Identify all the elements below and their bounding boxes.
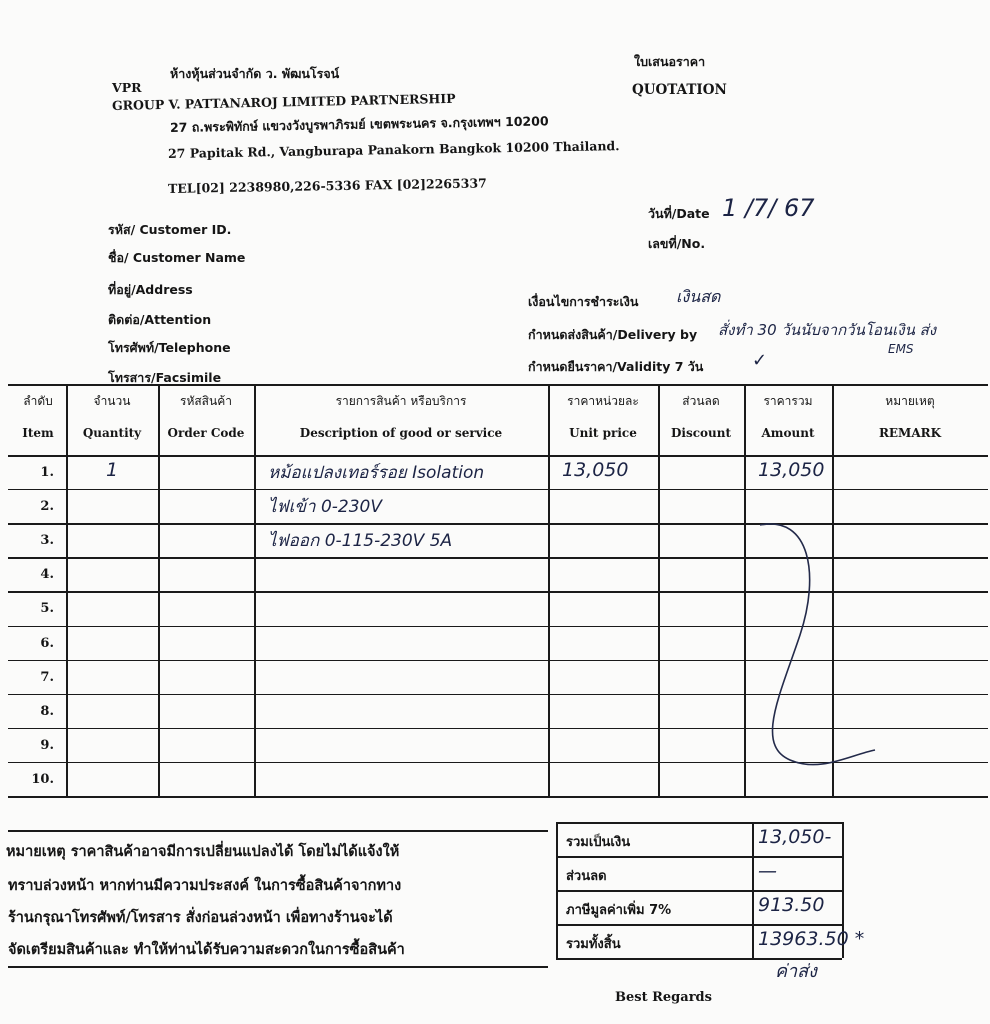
column-header-thai: จำนวน — [66, 392, 158, 411]
customer-field-label: รหัส/ Customer ID. — [108, 220, 231, 240]
row-number: 8. — [14, 704, 54, 719]
doc-title-en: QUOTATION — [632, 82, 727, 98]
summary-rule — [556, 856, 842, 858]
company-address-en: 27 Papitak Rd., Vangburapa Panakorn Bang… — [168, 138, 620, 161]
validity-check-icon: ✓ — [752, 350, 767, 371]
summary-value[interactable]: — — [758, 860, 777, 882]
column-header-en: Description of good or service — [254, 426, 548, 440]
customer-field-label: ติดต่อ/Attention — [108, 310, 211, 330]
column-header-thai: ส่วนลด — [658, 392, 744, 411]
row-number: 5. — [14, 601, 54, 616]
cell-amount[interactable]: 13,050 — [758, 459, 832, 481]
footer-note-line: ร้านกรุณาโทรศัพท์/โทรสาร สั่งก่อนล่วงหน้… — [8, 906, 393, 929]
customer-field-label: ที่อยู่/Address — [108, 280, 193, 300]
summary-rule — [556, 890, 842, 892]
signature-note: ค่าส่ง — [775, 956, 817, 985]
summary-label: ส่วนลด — [566, 865, 607, 886]
payment-terms-label: เงื่อนไขการชำระเงิน — [528, 292, 638, 312]
column-header-thai: หมายเหตุ — [832, 392, 988, 411]
column-header-en: Order Code — [158, 426, 254, 440]
cell-unit[interactable]: 13,050 — [562, 459, 658, 481]
delivery-label: กำหนดส่งสินค้า/Delivery by — [528, 325, 697, 345]
summary-col-rule — [556, 822, 558, 958]
validity-label: กำหนดยืนราคา/Validity 7 วัน — [528, 357, 703, 377]
row-number: 10. — [14, 772, 54, 787]
delivery-note: EMS — [888, 342, 914, 356]
company-name-en: GROUP V. PATTANAROJ LIMITED PARTNERSHIP — [112, 91, 456, 113]
company-address-thai: 27 ถ.พระพิทักษ์ แขวงวังบูรพาภิรมย์ เขตพร… — [170, 111, 549, 138]
footer-note-line: หมายเหตุ ราคาสินค้าอาจมีการเปลี่ยนแปลงได… — [6, 840, 399, 863]
summary-rule — [556, 924, 842, 926]
summary-label: รวมทั้งสิ้น — [566, 933, 621, 954]
summary-value[interactable]: 13963.50 * — [758, 928, 864, 950]
row-number: 9. — [14, 738, 54, 753]
column-header-thai: ราคารวม — [744, 392, 832, 411]
summary-label: ภาษีมูลค่าเพิ่ม 7% — [566, 899, 671, 920]
customer-field-label: โทรศัพท์/Telephone — [108, 338, 231, 358]
note-bottom-rule — [8, 966, 548, 968]
quotation-no-label: เลขที่/No. — [648, 234, 705, 254]
date-value[interactable]: 1 /7/ 67 — [722, 194, 815, 222]
summary-value[interactable]: 913.50 — [758, 894, 824, 916]
table-row-rule — [8, 796, 988, 798]
summary-rule — [556, 822, 842, 824]
cell-desc[interactable]: ไฟออก 0-115-230V 5A — [268, 527, 548, 554]
column-header-thai: ลำดับ — [10, 392, 66, 411]
delivery-value[interactable]: สั่งทำ 30 วันนับจากวันโอนเงิน ส่ง — [718, 318, 936, 342]
column-header-thai: ราคาหน่วยละ — [548, 392, 658, 411]
doc-title-thai: ใบเสนอราคา — [634, 52, 705, 72]
handwritten-bracket-mark — [740, 515, 940, 785]
cell-desc[interactable]: หม้อแปลงเทอร์รอย Isolation — [268, 459, 548, 486]
row-number: 6. — [14, 636, 54, 651]
footer-note-line: จัดเตรียมสินค้าและ ทำให้ท่านได้รับความสะ… — [8, 938, 405, 961]
table-top-rule — [8, 384, 988, 386]
column-header-thai: รหัสสินค้า — [158, 392, 254, 411]
row-number: 4. — [14, 567, 54, 582]
cell-qty[interactable]: 1 — [66, 459, 158, 481]
column-header-en: Quantity — [66, 426, 158, 440]
company-contact: TEL[02] 2238980,226-5336 FAX [02]2265337 — [168, 175, 487, 196]
row-number: 7. — [14, 670, 54, 685]
summary-label: รวมเป็นเงิน — [566, 831, 630, 852]
company-short: VPR — [112, 80, 142, 95]
summary-value[interactable]: 13,050- — [758, 826, 831, 848]
column-header-en: Amount — [744, 426, 832, 440]
payment-terms-value[interactable]: เงินสด — [676, 285, 720, 310]
note-top-rule — [8, 830, 548, 832]
customer-field-label: ชื่อ/ Customer Name — [108, 248, 245, 268]
column-header-en: REMARK — [832, 426, 988, 440]
column-header-en: Item — [10, 426, 66, 440]
summary-col-rule — [752, 822, 754, 958]
company-name-thai: ห้างหุ้นส่วนจำกัด ว. พัฒนโรจน์ — [170, 64, 339, 84]
column-header-en: Unit price — [548, 426, 658, 440]
column-header-en: Discount — [658, 426, 744, 440]
row-number: 1. — [14, 465, 54, 480]
cell-desc[interactable]: ไฟเข้า 0-230V — [268, 493, 548, 520]
footer-note-line: ทราบล่วงหน้า หากท่านมีความประสงค์ ในการซ… — [8, 874, 401, 897]
column-header-thai: รายการสินค้า หรือบริการ — [254, 392, 548, 411]
row-number: 2. — [14, 499, 54, 514]
row-number: 3. — [14, 533, 54, 548]
closing-text: Best Regards — [615, 990, 712, 1005]
date-label: วันที่/Date — [648, 204, 710, 224]
